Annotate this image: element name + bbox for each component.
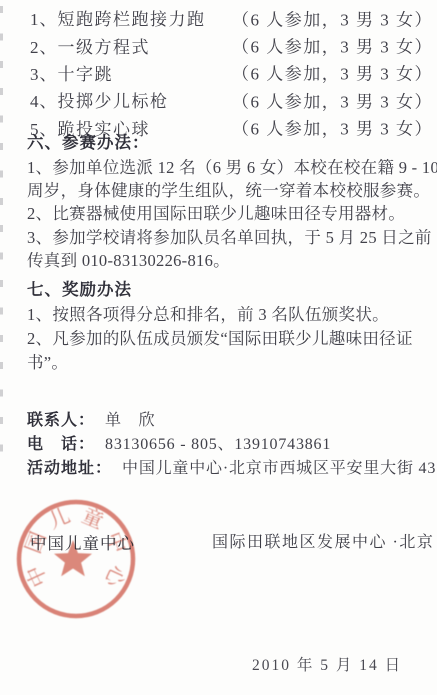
right-organization-name: 国际田联地区发展中心 ·北京	[212, 529, 434, 552]
contact-person-value: 单 欣	[105, 412, 155, 429]
body-line: 周岁，身体健康的学生组队，统一穿着本校校服参赛。	[27, 182, 430, 200]
body-line: 1、参加单位选派 12 名（6 男 6 女）本校在校在籍 9 - 10	[27, 159, 437, 177]
address-label: 活动地址：	[27, 460, 112, 477]
address-row: 活动地址：中国儿童中心·北京市西城区平安里大街 43 号	[27, 455, 437, 478]
list-item: 4、投掷少儿标枪 （6 人参加，3 男 3 女）	[30, 86, 430, 113]
list-item: 2、一级方程式 （6 人参加，3 男 3 女）	[30, 31, 430, 58]
address-value: 中国儿童中心·北京市西城区平安里大街 43 号	[122, 460, 437, 477]
phone-value: 83130656 - 805、13910743861	[105, 436, 331, 453]
document-page: 1、短跑跨栏跑接力跑 （6 人参加，3 男 3 女） 2、一级方程式 （6 人参…	[0, 0, 437, 695]
event-participants: （6 人参加，3 男 3 女）	[232, 5, 433, 30]
phone-row: 电 话：83130656 - 805、13910743861	[27, 431, 331, 454]
official-stamp-icon: 中 国 儿 童 中 心	[12, 496, 140, 624]
body-line: 2、比赛器械使用国际田联少儿趣味田径专用器材。	[27, 205, 405, 223]
body-line: 1、按照各项得分总和排名，前 3 名队伍颁奖状。	[27, 306, 389, 324]
event-name: 短跑跨栏跑接力跑	[58, 5, 206, 30]
document-date: 2010 年 5 月 14 日	[252, 653, 402, 675]
event-number: 3、	[30, 60, 58, 85]
scan-edge-artifacts	[0, 6, 3, 468]
section-seven-heading: 七、奖励办法	[27, 281, 132, 299]
event-number: 4、	[30, 87, 58, 112]
body-line: 3、参加学校请将参加队员名单回执，于 5 月 25 日之前	[27, 229, 432, 247]
contact-person-row: 联系人：单 欣	[27, 407, 155, 430]
event-participants: （6 人参加，3 男 3 女）	[232, 33, 433, 58]
phone-label: 电 话：	[27, 436, 95, 453]
list-item: 1、短跑跨栏跑接力跑 （6 人参加，3 男 3 女）	[30, 4, 430, 31]
event-participants: （6 人参加，3 男 3 女）	[232, 87, 433, 112]
event-name: 投掷少儿标枪	[58, 87, 169, 112]
left-organization-name: 中国儿童中心	[30, 530, 135, 554]
body-line: 书”。	[27, 354, 68, 372]
event-number: 1、	[30, 5, 58, 30]
event-participants: （6 人参加，3 男 3 女）	[232, 115, 433, 140]
contact-person-label: 联系人：	[27, 412, 95, 429]
list-item: 3、十字跳 （6 人参加，3 男 3 女）	[30, 59, 430, 86]
body-line: 传真到 010-83130226-816。	[27, 252, 230, 270]
event-number: 2、	[30, 33, 58, 58]
body-line: 2、凡参加的队伍成员颁发“国际田联少儿趣味田径证	[27, 330, 413, 348]
section-six-heading: 六、参赛办法：	[27, 134, 150, 152]
event-name: 一级方程式	[58, 33, 151, 58]
event-participants: （6 人参加，3 男 3 女）	[232, 60, 433, 85]
events-list: 1、短跑跨栏跑接力跑 （6 人参加，3 男 3 女） 2、一级方程式 （6 人参…	[30, 4, 430, 141]
event-name: 十字跳	[58, 60, 114, 85]
